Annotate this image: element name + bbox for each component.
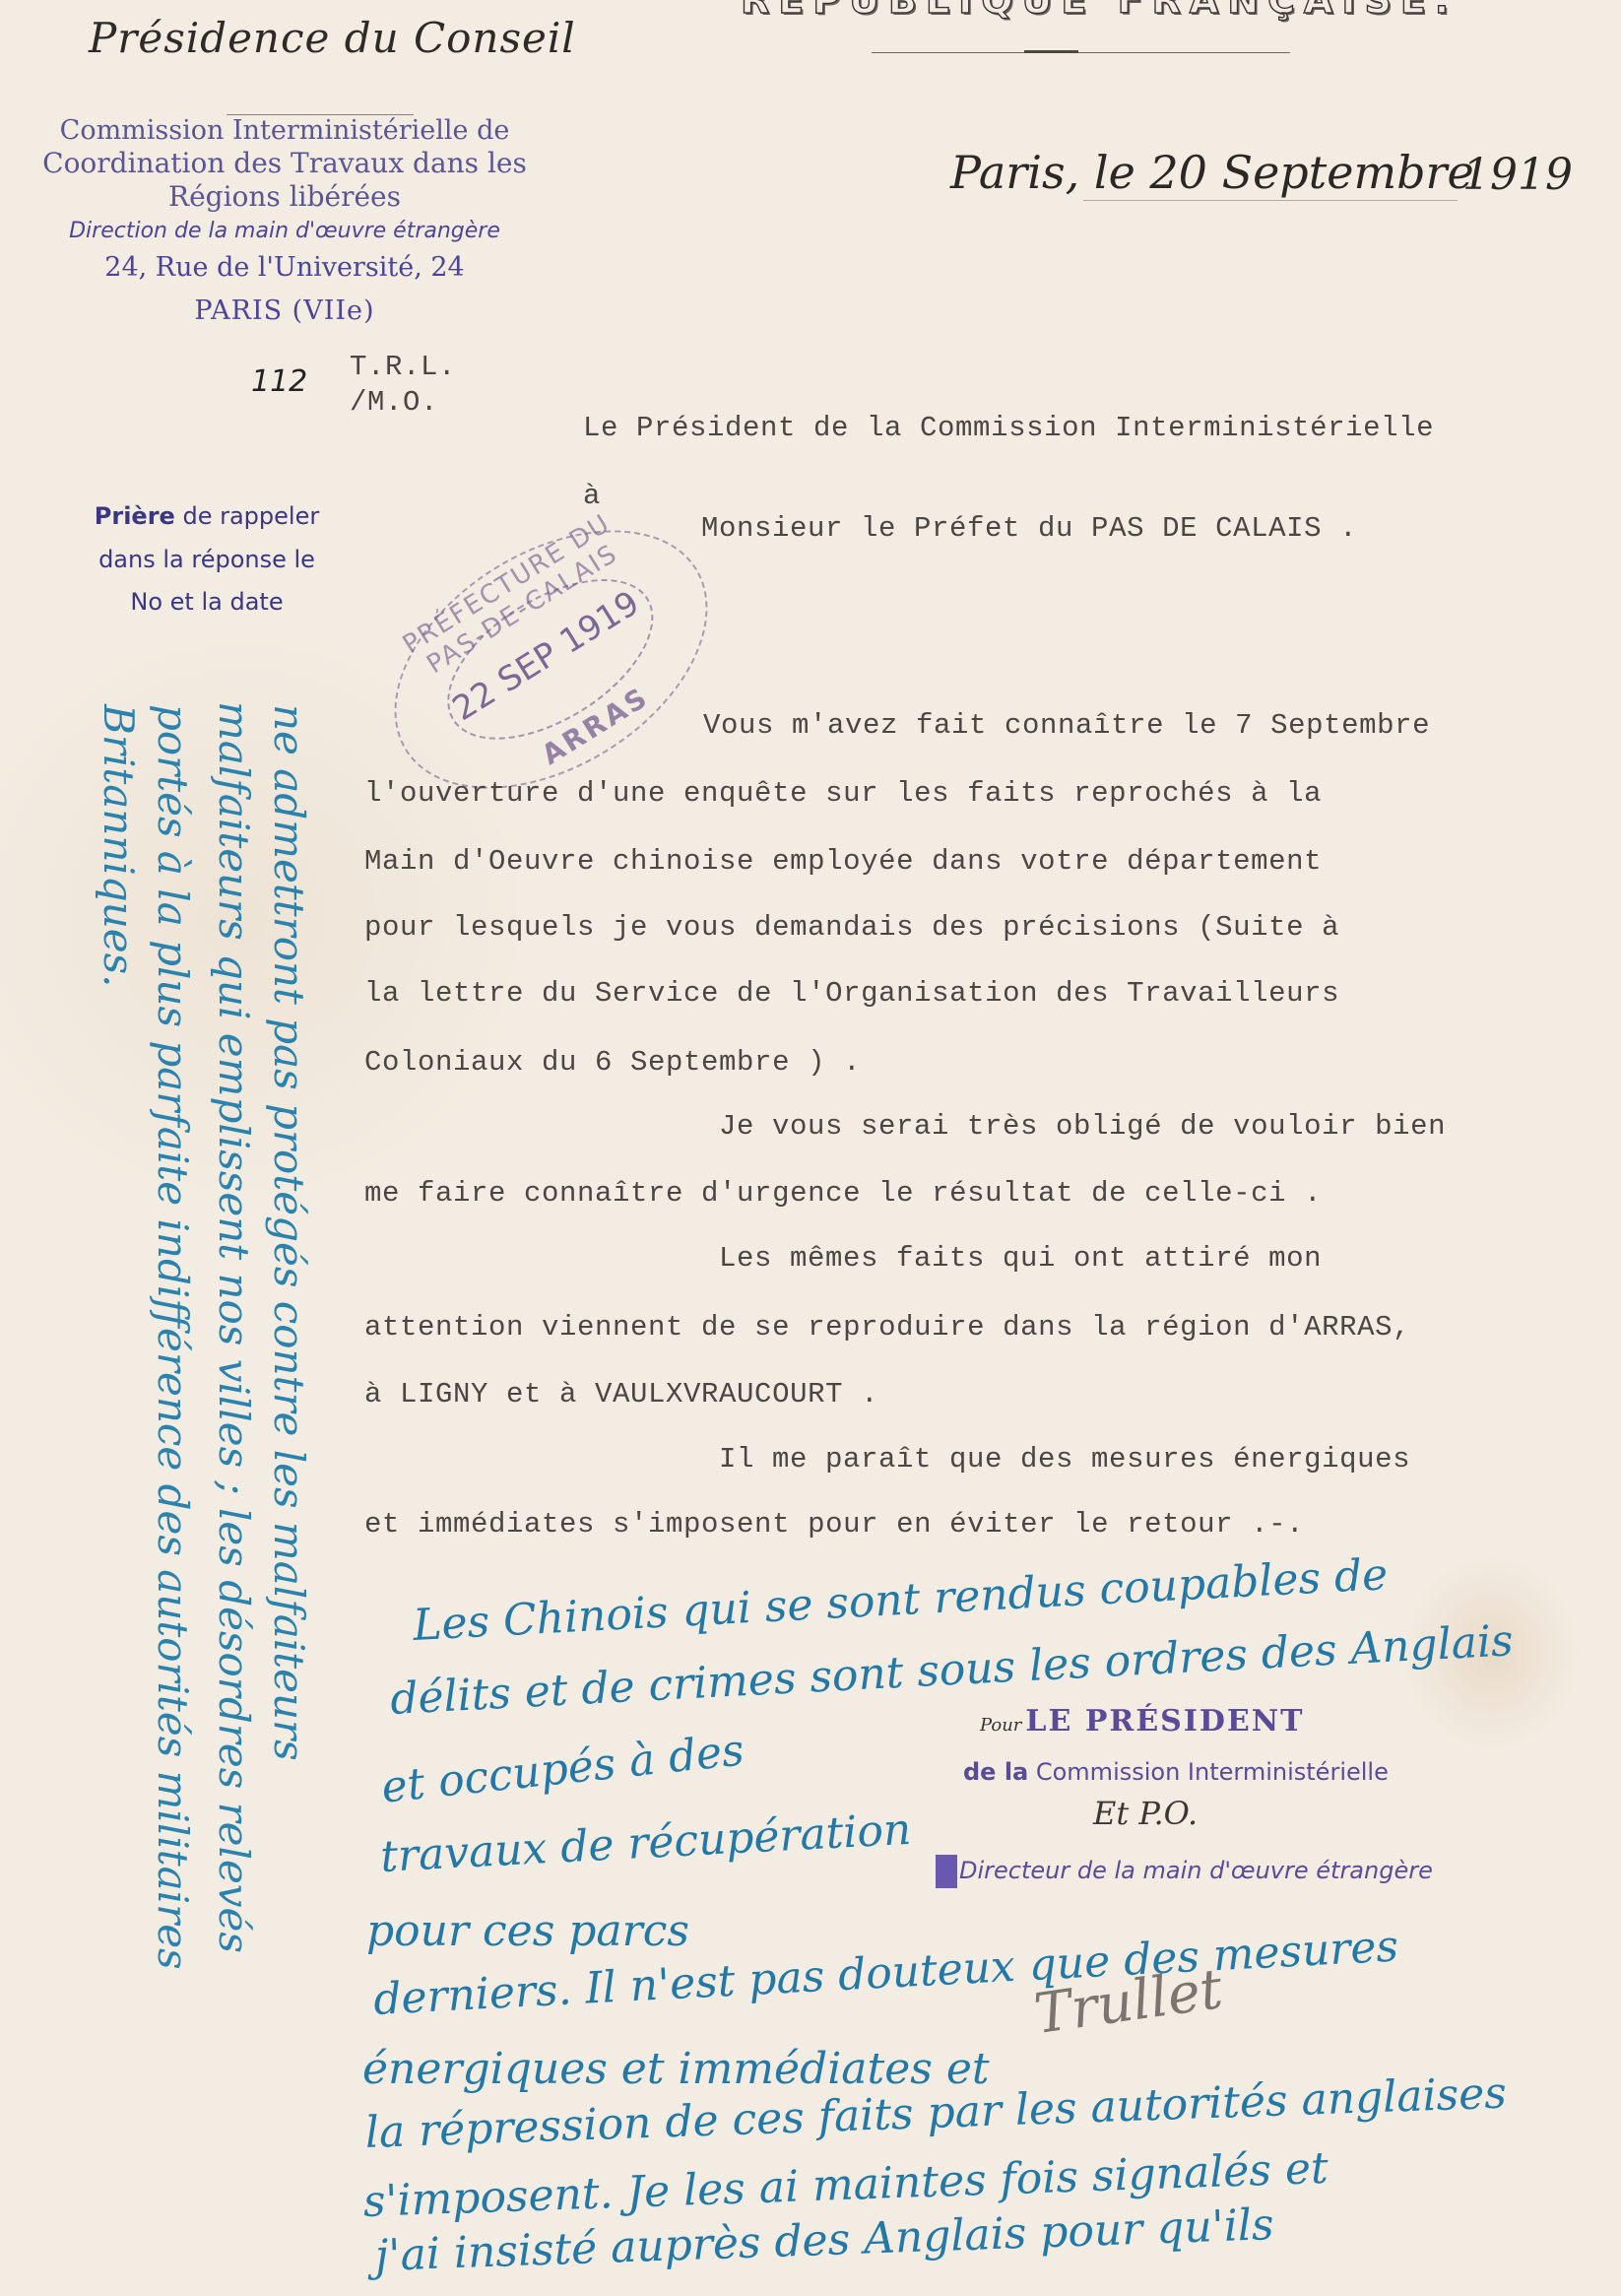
margin-handwritten-line: malfaiteurs qui emplissent nos villes ; … [210, 701, 258, 1953]
handwritten-line: pour ces parcs [366, 1906, 689, 1956]
header-rule [872, 52, 1290, 53]
header-rule-ornament [1024, 50, 1078, 53]
signature-commission-name: Commission Interministérielle [1028, 1758, 1389, 1786]
signature-de-la: de la [963, 1758, 1028, 1786]
commission-line-1: Commission Interministérielle de [0, 115, 569, 146]
reference-code-1: T.R.L. [350, 351, 456, 383]
signature-pour: Pour [980, 1715, 1021, 1736]
body-line: à LIGNY et à VAULXVRAUCOURT . [364, 1378, 878, 1410]
signature-po: Et P.O. [1093, 1795, 1198, 1832]
body-line: pour lesquels je vous demandais des préc… [364, 911, 1339, 944]
signature-president: LE PRÉSIDENT [1025, 1704, 1304, 1738]
reminder-line-3: No et la date [39, 588, 374, 616]
margin-handwritten-line: portés à la plus parfaite indifférence d… [149, 704, 197, 1970]
presidence-du-conseil: Présidence du Conseil [89, 14, 576, 62]
commission-line-3: Régions libérées [0, 180, 569, 213]
body-line: Vous m'avez fait connaître le 7 Septembr… [703, 709, 1430, 742]
reminder-line-1: Prière de rappeler [39, 502, 374, 530]
signature-commission: de la Commission Interministérielle [963, 1758, 1389, 1786]
commission-line-2: Coordination des Travaux dans les [0, 147, 569, 179]
city-line: PARIS (VIIe) [0, 295, 569, 326]
reminder-bold: Prière [95, 502, 175, 530]
a-line: à [583, 480, 601, 512]
direction-line: Direction de la main d'œuvre étrangère [0, 219, 569, 243]
handwritten-line: énergiques et immédiates et [362, 2044, 990, 2094]
body-line: et immédiates s'imposent pour en éviter … [364, 1508, 1304, 1541]
body-line: Je vous serai très obligé de vouloir bie… [719, 1110, 1446, 1143]
signature-directeur: Directeur de la main d'œuvre étrangère [936, 1855, 1433, 1888]
body-line: l'ouverture d'une enquête sur les faits … [364, 777, 1322, 810]
ink-blot [936, 1855, 957, 1888]
body-line: Coloniaux du 6 Septembre ) . [364, 1046, 861, 1079]
reference-code-2: /M.O. [350, 386, 438, 419]
reminder-rest: de rappeler [175, 502, 319, 530]
sender-line: Le Président de la Commission Interminis… [583, 412, 1434, 444]
republique-heading: RÉPUBLIQUE FRANÇAISE. [741, 0, 1458, 22]
margin-handwritten-line: Britanniques. [95, 704, 143, 988]
body-line: attention viennent de se reproduire dans… [364, 1311, 1410, 1344]
body-line: me faire connaître d'urgence le résultat… [364, 1177, 1322, 1210]
recipient-line: Monsieur le Préfet du PAS DE CALAIS . [701, 512, 1357, 545]
signature-title: PourLE PRÉSIDENT [980, 1704, 1305, 1738]
date-dotted-rule [1083, 200, 1458, 201]
body-line: la lettre du Service de l'Organisation d… [364, 977, 1339, 1010]
reference-number: 112 [251, 364, 307, 399]
body-line: Main d'Oeuvre chinoise employée dans vot… [364, 845, 1322, 878]
letter-year: 1919 [1462, 150, 1573, 200]
address-line: 24, Rue de l'Université, 24 [0, 252, 569, 283]
margin-handwritten-line: ne admettront pas protégés contre les ma… [265, 704, 313, 1761]
reminder-line-2: dans la réponse le [39, 546, 374, 573]
body-line: Il me paraît que des mesures énergiques [719, 1443, 1410, 1476]
signature-directeur-text: Directeur de la main d'œuvre étrangère [959, 1857, 1433, 1884]
body-line: Les mêmes faits qui ont attiré mon [719, 1242, 1322, 1275]
letter-date: Paris, le 20 Septembre [950, 146, 1474, 199]
